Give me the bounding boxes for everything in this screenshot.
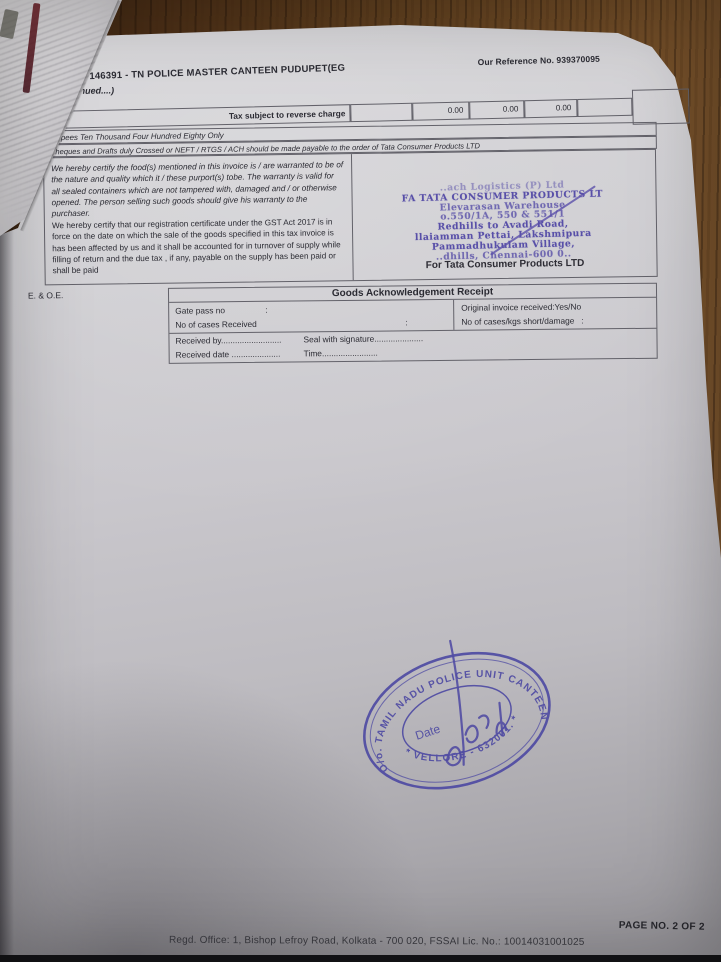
short-damage-label: No of cases/kgs short/damage (461, 316, 574, 327)
receipt-row-divider (453, 300, 454, 330)
cases-received-label: No of cases Received (175, 319, 257, 330)
goods-acknowledgement-table: Goods Acknowledgement Receipt Gate pass … (168, 283, 658, 364)
received-date-field: Received date ..................... (176, 349, 281, 360)
cases-received-colon: : (405, 317, 407, 327)
yes-no-value: :Yes/No (552, 302, 581, 312)
svg-text:* VELLORE - 632001. *: * VELLORE - 632001. * (401, 711, 529, 778)
short-damage-colon: : (581, 315, 583, 325)
tax-empty-cell (350, 103, 412, 122)
original-invoice-label: Original invoice received (461, 302, 552, 313)
tax-value-cell-3: 0.00 (524, 99, 577, 118)
registered-office-line: Regd. Office: 1, Bishop Lefroy Road, Kol… (169, 935, 585, 948)
certification-divider (351, 154, 354, 280)
gate-pass-label: Gate pass no (175, 305, 225, 316)
authorised-signatory-line: For Tata Consumer Products LTD (397, 257, 612, 271)
stamp-bottom-arc-text: * VELLORE - 632001. * (401, 711, 529, 778)
photographed-invoice-page: To: 146391 - TN POLICE MASTER CANTEEN PU… (0, 0, 721, 962)
received-by-field: Received by.......................... (175, 335, 281, 346)
police-canteen-stamp: O/o. TAMIL NADU POLICE UNIT CANTEEN * VE… (337, 633, 577, 808)
stamp-outer-ring (347, 633, 567, 808)
table-edge-box (632, 88, 690, 124)
recipient-line: To: 146391 - TN POLICE MASTER CANTEEN PU… (72, 59, 452, 83)
seal-signature-field: Seal with signature..................... (303, 333, 423, 344)
gst-paragraph: We hereby certify that our registration … (52, 216, 349, 277)
tax-value-cell-2: 0.00 (469, 100, 524, 119)
page-number: PAGE NO. 2 OF 2 (619, 920, 705, 933)
tax-reverse-charge-label-cell: Tax subject to reverse charge (52, 104, 350, 129)
receipt-row-signoff: Received by.......................... Se… (169, 328, 656, 363)
warranty-paragraph: We hereby certify the food(s) mentioned … (51, 159, 344, 220)
tax-empty-cell-2 (577, 98, 632, 117)
stamp-date-label: Date (413, 722, 442, 743)
reference-number: Our Reference No. 939370095 (478, 54, 600, 67)
tax-value-cell-1: 0.00 (412, 101, 469, 120)
time-field: Time........................ (304, 348, 378, 359)
invoice-content: To: 146391 - TN POLICE MASTER CANTEEN PU… (0, 0, 721, 962)
photo-bottom-dark-strip (0, 955, 721, 962)
gate-pass-colon: : (265, 305, 267, 315)
certification-box: We hereby certify the food(s) mentioned … (43, 149, 658, 286)
eoe-label: E. & O.E. (28, 290, 64, 300)
